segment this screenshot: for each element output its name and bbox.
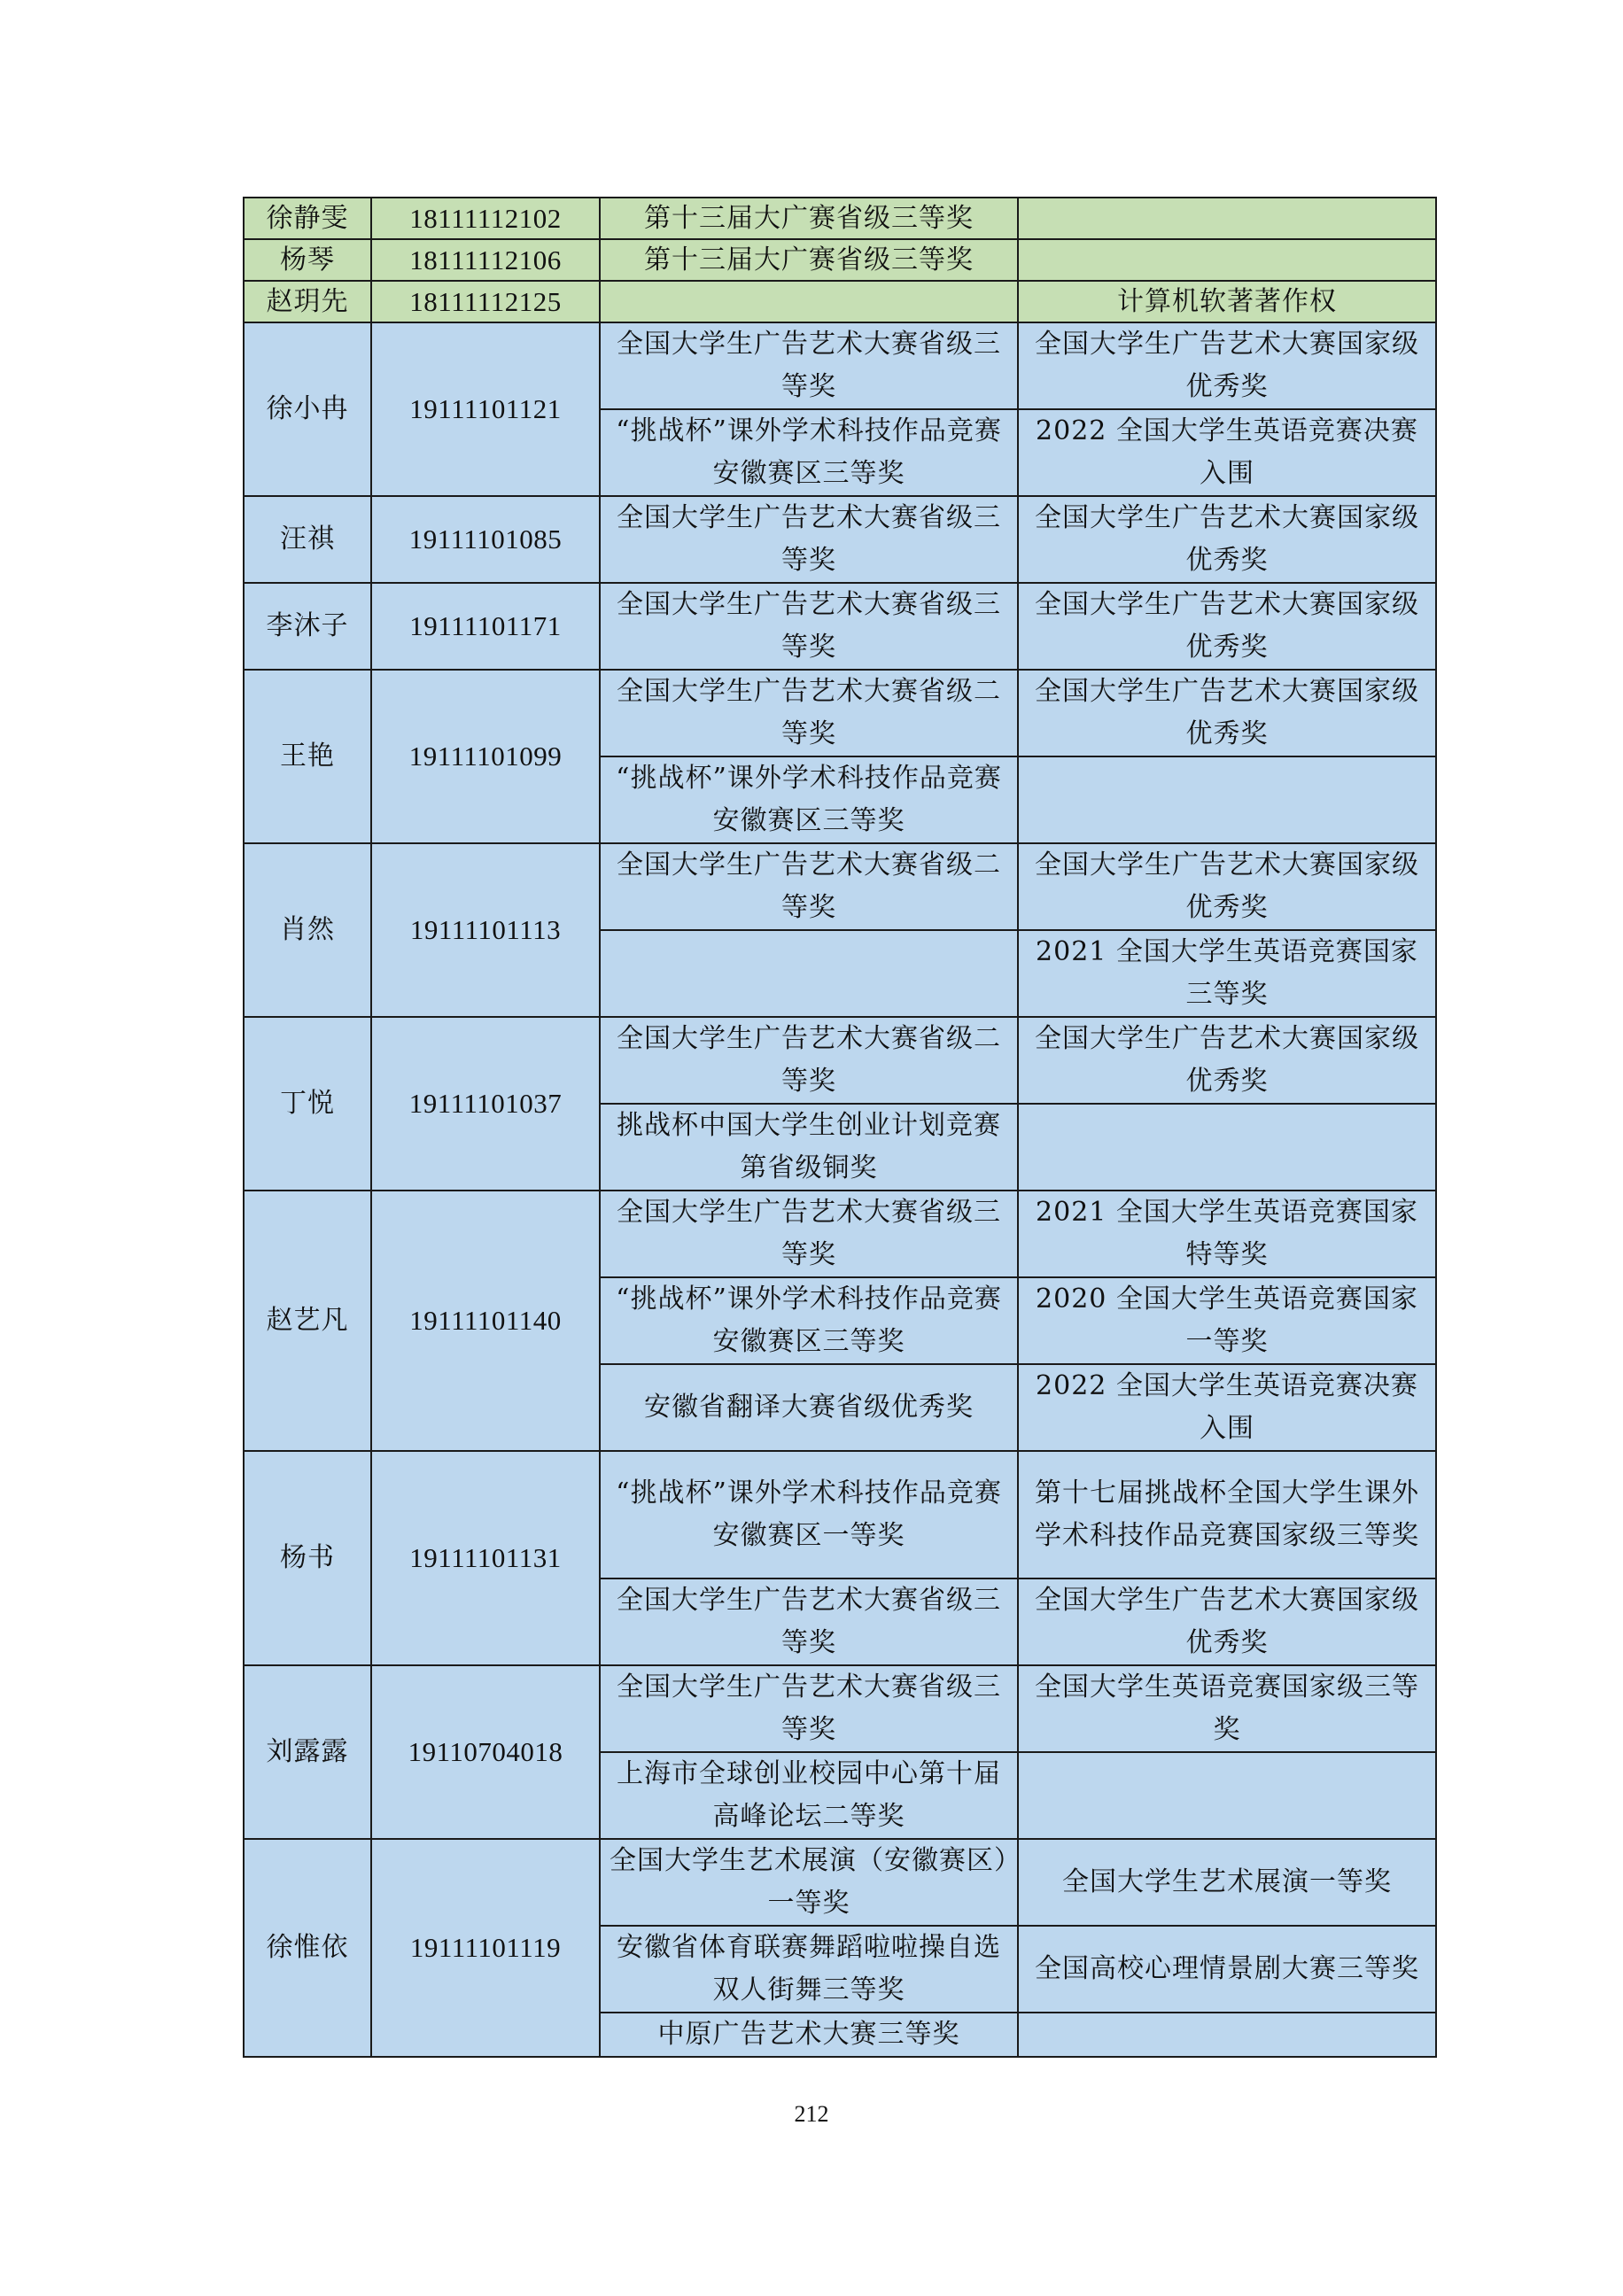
- student-id: 19111101131: [371, 1451, 600, 1665]
- student-id: 19111101099: [371, 670, 600, 843]
- student-id: 19111101119: [371, 1839, 600, 2057]
- provincial-award: 全国大学生广告艺术大赛省级三等奖: [600, 322, 1018, 409]
- provincial-award: 第十三届大广赛省级三等奖: [600, 198, 1018, 239]
- student-id: 19111101121: [371, 322, 600, 496]
- awards-table: 徐静雯 18111112102 第十三届大广赛省级三等奖 杨琴 18111112…: [243, 197, 1437, 2058]
- student-name: 肖然: [244, 843, 371, 1017]
- student-id: 18111112102: [371, 198, 600, 239]
- national-award: [1018, 239, 1436, 281]
- student-name: 赵艺凡: [244, 1191, 371, 1451]
- student-id: 19111101085: [371, 496, 600, 583]
- student-name: 刘露露: [244, 1665, 371, 1839]
- student-id: 19110704018: [371, 1665, 600, 1839]
- table-row: 王艳 19111101099 全国大学生广告艺术大赛省级二等奖 全国大学生广告艺…: [244, 670, 1436, 756]
- student-name: 徐小冉: [244, 322, 371, 496]
- provincial-award: “挑战杯”课外学术科技作品竞赛安徽赛区三等奖: [600, 409, 1018, 496]
- table-row: 杨琴 18111112106 第十三届大广赛省级三等奖: [244, 239, 1436, 281]
- provincial-award: 挑战杯中国大学生创业计划竞赛第省级铜奖: [600, 1104, 1018, 1191]
- national-award: 2022 全国大学生英语竞赛决赛入围: [1018, 409, 1436, 496]
- table-row: 李沐子 19111101171 全国大学生广告艺术大赛省级三等奖 全国大学生广告…: [244, 583, 1436, 670]
- table-row: 刘露露 19110704018 全国大学生广告艺术大赛省级三等奖 全国大学生英语…: [244, 1665, 1436, 1752]
- national-award: 全国大学生广告艺术大赛国家级优秀奖: [1018, 322, 1436, 409]
- provincial-award: 上海市全球创业校园中心第十届高峰论坛二等奖: [600, 1752, 1018, 1839]
- provincial-award: “挑战杯”课外学术科技作品竞赛安徽赛区一等奖: [600, 1451, 1018, 1578]
- provincial-award: 全国大学生广告艺术大赛省级三等奖: [600, 1665, 1018, 1752]
- provincial-award: 全国大学生艺术展演（安徽赛区）一等奖: [600, 1839, 1018, 1926]
- national-award: 全国大学生广告艺术大赛国家级优秀奖: [1018, 1578, 1436, 1665]
- table-row: 肖然 19111101113 全国大学生广告艺术大赛省级二等奖 全国大学生广告艺…: [244, 843, 1436, 930]
- student-id: 19111101037: [371, 1017, 600, 1191]
- student-name: 徐惟依: [244, 1839, 371, 2057]
- student-name: 杨书: [244, 1451, 371, 1665]
- national-award: 全国大学生广告艺术大赛国家级优秀奖: [1018, 496, 1436, 583]
- table-row: 徐静雯 18111112102 第十三届大广赛省级三等奖: [244, 198, 1436, 239]
- national-award: 全国高校心理情景剧大赛三等奖: [1018, 1926, 1436, 2013]
- student-id: 19111101171: [371, 583, 600, 670]
- national-award: 全国大学生广告艺术大赛国家级优秀奖: [1018, 670, 1436, 756]
- national-award: 全国大学生广告艺术大赛国家级优秀奖: [1018, 843, 1436, 930]
- national-award: 全国大学生英语竞赛国家级三等奖: [1018, 1665, 1436, 1752]
- provincial-award: 全国大学生广告艺术大赛省级三等奖: [600, 496, 1018, 583]
- national-award: [1018, 2013, 1436, 2057]
- provincial-award: 第十三届大广赛省级三等奖: [600, 239, 1018, 281]
- provincial-award: 全国大学生广告艺术大赛省级三等奖: [600, 583, 1018, 670]
- table-row: 赵玥先 18111112125 计算机软著著作权: [244, 281, 1436, 322]
- national-award: [1018, 1104, 1436, 1191]
- table-row: 赵艺凡 19111101140 全国大学生广告艺术大赛省级三等奖 2021 全国…: [244, 1191, 1436, 1277]
- national-award: 第十七届挑战杯全国大学生课外学术科技作品竞赛国家级三等奖: [1018, 1451, 1436, 1578]
- national-award: 2021 全国大学生英语竞赛国家三等奖: [1018, 930, 1436, 1017]
- student-name: 赵玥先: [244, 281, 371, 322]
- student-name: 徐静雯: [244, 198, 371, 239]
- national-award: [1018, 1752, 1436, 1839]
- table-row: 汪祺 19111101085 全国大学生广告艺术大赛省级三等奖 全国大学生广告艺…: [244, 496, 1436, 583]
- student-name: 丁悦: [244, 1017, 371, 1191]
- national-award: 全国大学生广告艺术大赛国家级优秀奖: [1018, 1017, 1436, 1104]
- provincial-award: 全国大学生广告艺术大赛省级二等奖: [600, 1017, 1018, 1104]
- national-award: [1018, 198, 1436, 239]
- student-name: 李沐子: [244, 583, 371, 670]
- national-award: 计算机软著著作权: [1018, 281, 1436, 322]
- provincial-award: 全国大学生广告艺术大赛省级二等奖: [600, 843, 1018, 930]
- student-id: 19111101140: [371, 1191, 600, 1451]
- student-name: 汪祺: [244, 496, 371, 583]
- student-id: 19111101113: [371, 843, 600, 1017]
- student-id: 18111112106: [371, 239, 600, 281]
- table-row: 徐惟依 19111101119 全国大学生艺术展演（安徽赛区）一等奖 全国大学生…: [244, 1839, 1436, 1926]
- provincial-award: 安徽省体育联赛舞蹈啦啦操自选双人街舞三等奖: [600, 1926, 1018, 2013]
- provincial-award: 全国大学生广告艺术大赛省级三等奖: [600, 1578, 1018, 1665]
- provincial-award: 安徽省翻译大赛省级优秀奖: [600, 1364, 1018, 1451]
- student-id: 18111112125: [371, 281, 600, 322]
- table-row: 徐小冉 19111101121 全国大学生广告艺术大赛省级三等奖 全国大学生广告…: [244, 322, 1436, 409]
- student-name: 杨琴: [244, 239, 371, 281]
- provincial-award: 全国大学生广告艺术大赛省级二等奖: [600, 670, 1018, 756]
- student-name: 王艳: [244, 670, 371, 843]
- national-award: 2021 全国大学生英语竞赛国家特等奖: [1018, 1191, 1436, 1277]
- provincial-award: 全国大学生广告艺术大赛省级三等奖: [600, 1191, 1018, 1277]
- page-number: 212: [0, 2101, 1623, 2128]
- provincial-award: “挑战杯”课外学术科技作品竞赛安徽赛区三等奖: [600, 1277, 1018, 1364]
- table-row: 丁悦 19111101037 全国大学生广告艺术大赛省级二等奖 全国大学生广告艺…: [244, 1017, 1436, 1104]
- national-award: 全国大学生艺术展演一等奖: [1018, 1839, 1436, 1926]
- national-award: 2022 全国大学生英语竞赛决赛入围: [1018, 1364, 1436, 1451]
- provincial-award: [600, 930, 1018, 1017]
- provincial-award: 中原广告艺术大赛三等奖: [600, 2013, 1018, 2057]
- provincial-award: “挑战杯”课外学术科技作品竞赛安徽赛区三等奖: [600, 756, 1018, 843]
- provincial-award: [600, 281, 1018, 322]
- table-row: 杨书 19111101131 “挑战杯”课外学术科技作品竞赛安徽赛区一等奖 第十…: [244, 1451, 1436, 1578]
- national-award: 2020 全国大学生英语竞赛国家一等奖: [1018, 1277, 1436, 1364]
- national-award: 全国大学生广告艺术大赛国家级优秀奖: [1018, 583, 1436, 670]
- national-award: [1018, 756, 1436, 843]
